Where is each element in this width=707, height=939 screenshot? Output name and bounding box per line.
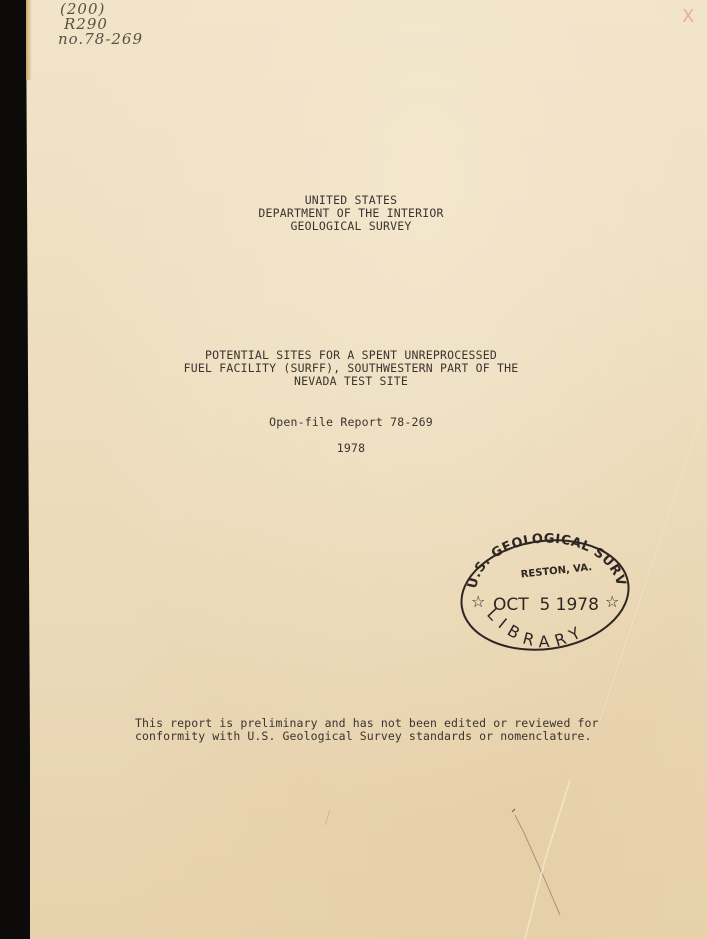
binding-edge: [26, 0, 32, 80]
paper-background: [0, 0, 707, 939]
binding-strip: [0, 0, 30, 939]
stamp-date: OCT 5 1978: [493, 595, 599, 615]
agency-line-3: GEOLOGICAL SURVEY: [0, 220, 702, 233]
star-icon-left: ☆: [471, 592, 485, 611]
stamp-location: RESTON, VA.: [520, 562, 592, 580]
report-title: POTENTIAL SITES FOR A SPENT UNREPROCESSE…: [0, 349, 702, 388]
library-stamp: U.S. GEOLOGICAL SURVEY RESTON, VA. ☆ ☆ O…: [455, 535, 635, 655]
corner-x-mark: X: [682, 6, 694, 27]
handwritten-catalog-note: (200) R290 no.78-269: [58, 2, 143, 47]
title-line-3: NEVADA TEST SITE: [0, 375, 702, 388]
disclaimer-line-2: conformity with U.S. Geological Survey s…: [135, 730, 599, 743]
report-year: 1978: [0, 442, 702, 455]
star-icon-right: ☆: [605, 592, 619, 611]
disclaimer: This report is preliminary and has not b…: [135, 717, 599, 743]
report-number: Open-file Report 78-269: [0, 416, 702, 429]
agency-heading: UNITED STATES DEPARTMENT OF THE INTERIOR…: [0, 194, 702, 233]
handwritten-line-3: no.78-269: [58, 32, 143, 47]
